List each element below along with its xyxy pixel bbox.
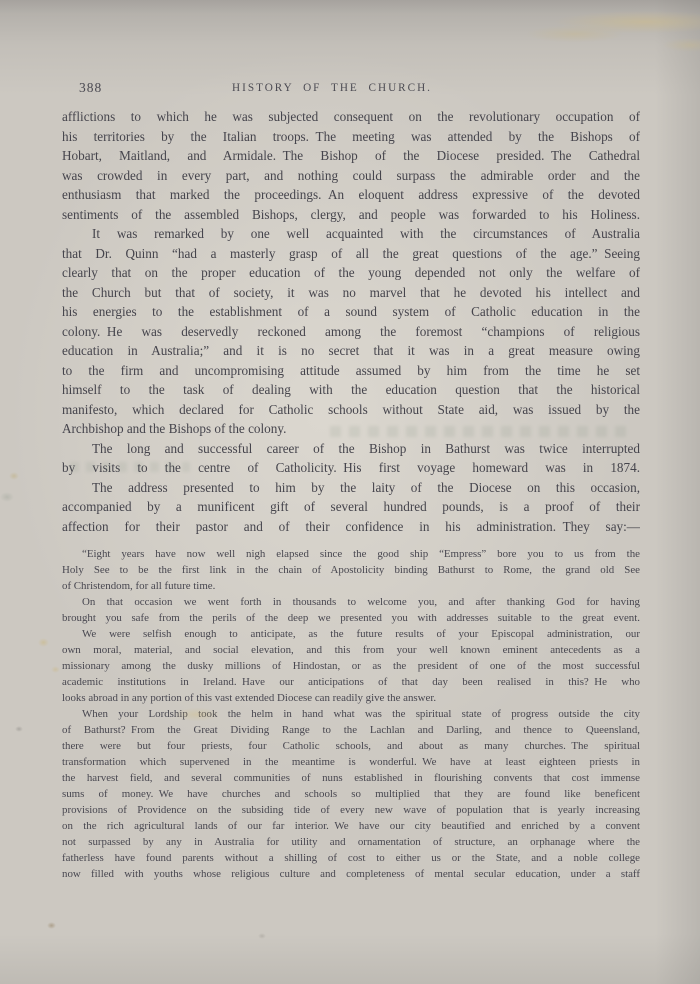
- book-page-scan: 388 HISTORY OF THE CHURCH. afflictions t…: [0, 0, 700, 984]
- text-line: affection for their pastor and of their …: [62, 517, 640, 537]
- paragraph: On that occasion we went forth in thousa…: [62, 594, 640, 626]
- text-line: looks abroad in any portion of this vast…: [62, 690, 640, 706]
- text-line: now filled with youths whose religious c…: [62, 866, 640, 882]
- text-line: We were selfish enough to anticipate, as…: [62, 626, 640, 642]
- text-line: afflictions to which he was subjected co…: [62, 107, 640, 127]
- paragraph: “Eight years have now well nigh elapsed …: [62, 546, 640, 594]
- foxing-spot: [15, 726, 23, 732]
- text-line: fatherless have found parents without a …: [62, 850, 640, 866]
- text-line: provisions of Providence on the subsidin…: [62, 802, 640, 818]
- text-line: his territories by the Italian troops. T…: [62, 127, 640, 147]
- text-line: missionary among the dusky millions of H…: [62, 658, 640, 674]
- text-line: manifesto, which declared for Catholic s…: [62, 400, 640, 420]
- paragraph: We were selfish enough to anticipate, as…: [62, 626, 640, 706]
- foxing-spot: [9, 472, 19, 480]
- text-line: sums of money. We have churches and scho…: [62, 786, 640, 802]
- foxing-spot: [38, 638, 49, 647]
- text-line: education in Australia;” and it is no se…: [62, 341, 640, 361]
- foxing-spot: [258, 933, 266, 939]
- text-line: that Dr. Quinn “had a masterly grasp of …: [62, 244, 640, 264]
- text-line: brought you safe from the perils of the …: [62, 610, 640, 626]
- text-line: enthusiasm that marked the proceedings. …: [62, 185, 640, 205]
- text-line: accompanied by a munificent gift of seve…: [62, 497, 640, 517]
- text-line: the harvest field, and several communiti…: [62, 770, 640, 786]
- text-line: was crowded in every part, and nothing c…: [62, 166, 640, 186]
- text-line: of Christendom, for all future time.: [62, 578, 640, 594]
- text-line: When your Lordship took the helm in hand…: [62, 706, 640, 722]
- running-header: HISTORY OF THE CHURCH.: [62, 82, 602, 94]
- text-line: there were but four priests, four Cathol…: [62, 738, 640, 754]
- quoted-address: “Eight years have now well nigh elapsed …: [62, 546, 640, 882]
- text-line: clearly that on the proper education of …: [62, 263, 640, 283]
- text-line: to the firm and uncompromising attitude …: [62, 361, 640, 381]
- text-line: The long and successful career of the Bi…: [62, 439, 640, 459]
- text-line: Archbishop and the Bishops of the colony…: [62, 419, 640, 439]
- foxing-spot: [47, 922, 56, 929]
- text-line: transformation which supervened in the m…: [62, 754, 640, 770]
- text-line: “Eight years have now well nigh elapsed …: [62, 546, 640, 562]
- paragraph: The long and successful career of the Bi…: [62, 439, 640, 478]
- text-line: The address presented to him by the lait…: [62, 478, 640, 498]
- text-line: It was remarked by one well acquainted w…: [62, 224, 640, 244]
- text-line: Holy See to be the first link in the cha…: [62, 562, 640, 578]
- text-line: the Church but that of society, it was n…: [62, 283, 640, 303]
- text-line: sentiments of the assembled Bishops, cle…: [62, 205, 640, 225]
- paragraph: afflictions to which he was subjected co…: [62, 107, 640, 224]
- text-line: colony. He was deservedly reckoned among…: [62, 322, 640, 342]
- foxing-spot: [0, 492, 14, 502]
- text-line: himself to the task of dealing with the …: [62, 380, 640, 400]
- text-line: of Bathurst? From the Great Dividing Ran…: [62, 722, 640, 738]
- foxing-spot: [51, 666, 60, 673]
- paragraph: When your Lordship took the helm in hand…: [62, 706, 640, 882]
- paragraph: The address presented to him by the lait…: [62, 478, 640, 537]
- text-line: On that occasion we went forth in thousa…: [62, 594, 640, 610]
- text-line: his energies to the establishment of a s…: [62, 302, 640, 322]
- text-line: Hobart, Maitland, and Armidale. The Bish…: [62, 146, 640, 166]
- body-text: afflictions to which he was subjected co…: [62, 107, 640, 536]
- paragraph: It was remarked by one well acquainted w…: [62, 224, 640, 439]
- text-line: own moral, material, and social elevatio…: [62, 642, 640, 658]
- text-line: on the rich agricultural lands of our fa…: [62, 818, 640, 834]
- text-line: academic institutions in Ireland. Have o…: [62, 674, 640, 690]
- text-line: not surpassed by any in Australia for ut…: [62, 834, 640, 850]
- text-line: by visits to the centre of Catholicity. …: [62, 458, 640, 478]
